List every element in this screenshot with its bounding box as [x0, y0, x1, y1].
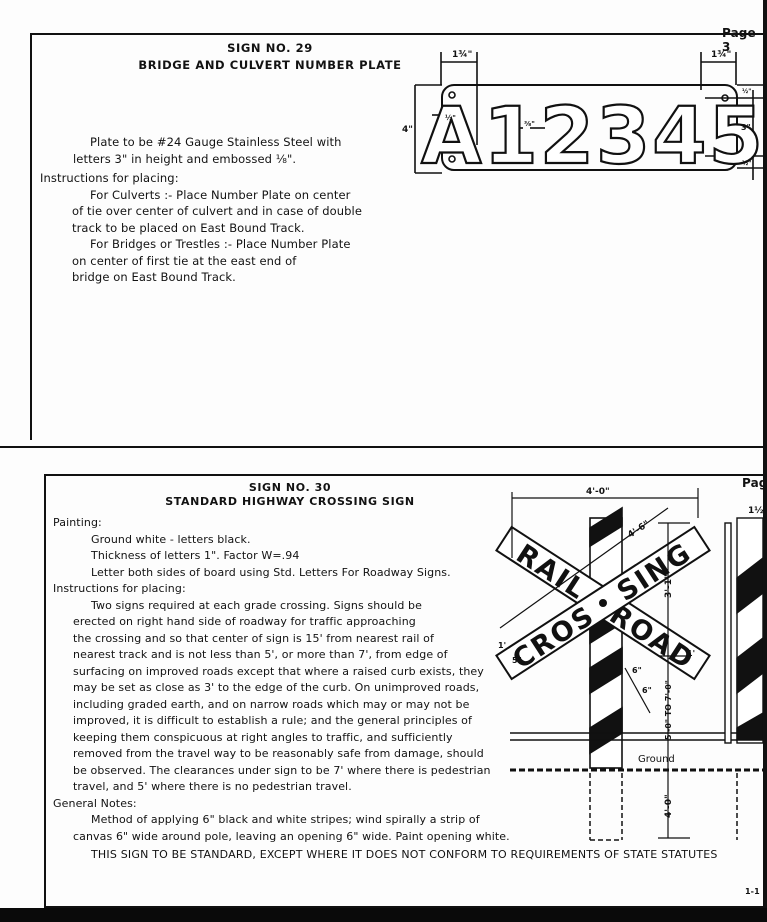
- sign30-title: SIGN NO. 30: [150, 481, 430, 494]
- number-plate-drawing: A12345 1¾" 1¾" 4" ½" ⅜" 3" ½" ½": [400, 40, 763, 190]
- dim-clearance: 5'-0" TO 7'-0": [664, 680, 673, 740]
- dim-end-angle: 5": [512, 656, 522, 665]
- dim-hole-margin-top: ½": [742, 88, 751, 95]
- dim-stripe-1: 6": [632, 666, 642, 675]
- instruction-line: bridge on East Bound Track.: [72, 269, 362, 286]
- sheet-ref: 1-1: [745, 887, 760, 896]
- dim-board-length: 4'-6": [626, 519, 651, 540]
- scan-border: [0, 908, 767, 922]
- dim-side: 1½": [748, 505, 763, 516]
- crossbuck-drawing: RAIL ROAD CROS SING 4'-0": [490, 478, 763, 860]
- dim-width: 4'-0": [586, 487, 610, 497]
- instruction-line: For Culverts :- Place Number Plate on ce…: [90, 187, 362, 204]
- section-divider: [0, 446, 767, 448]
- plate-number-text: A12345: [421, 92, 763, 182]
- board-word-rail: RAIL: [511, 538, 592, 606]
- dim-depth: 4'-0": [664, 794, 674, 818]
- dim-board-end: 1': [687, 649, 695, 658]
- board-word-sing: SING: [612, 537, 698, 608]
- instruction-line: track to be placed on East Bound Track.: [72, 220, 362, 237]
- page-edge: [763, 0, 767, 922]
- dim-stripe-2: 6": [642, 686, 652, 695]
- spec-line: Plate to be #24 Gauge Stainless Steel wi…: [90, 134, 342, 151]
- dim-hole-spacing: 3": [741, 123, 751, 132]
- ground-label: Ground: [638, 754, 675, 765]
- dim-height: 4": [402, 125, 413, 135]
- dim-hole-margin-bottom: ½": [742, 160, 751, 167]
- sign29-instructions: Instructions for placing: For Culverts :…: [40, 170, 362, 286]
- instruction-line: For Bridges or Trestles :- Place Number …: [90, 236, 362, 253]
- dim-edge-left: 1¾": [452, 50, 472, 60]
- dim-letter-gap: ⅜": [524, 120, 535, 128]
- instructions-heading: Instructions for placing:: [40, 170, 362, 187]
- instruction-line: on center of first tie at the east end o…: [72, 253, 362, 270]
- dim-height-above: 3'-1": [664, 574, 674, 598]
- dim-board-width: 1': [498, 641, 506, 650]
- dim-edge-right: 1¾": [711, 50, 731, 60]
- dim-hole-offset: ½": [445, 114, 456, 122]
- instruction-line: of tie over center of culvert and in cas…: [72, 203, 362, 220]
- sign30-subtitle: STANDARD HIGHWAY CROSSING SIGN: [120, 495, 460, 508]
- sign29-spec: Plate to be #24 Gauge Stainless Steel wi…: [90, 134, 342, 167]
- spec-line: letters 3" in height and embossed ⅛".: [73, 151, 342, 168]
- sign29-title: SIGN NO. 29: [100, 41, 440, 55]
